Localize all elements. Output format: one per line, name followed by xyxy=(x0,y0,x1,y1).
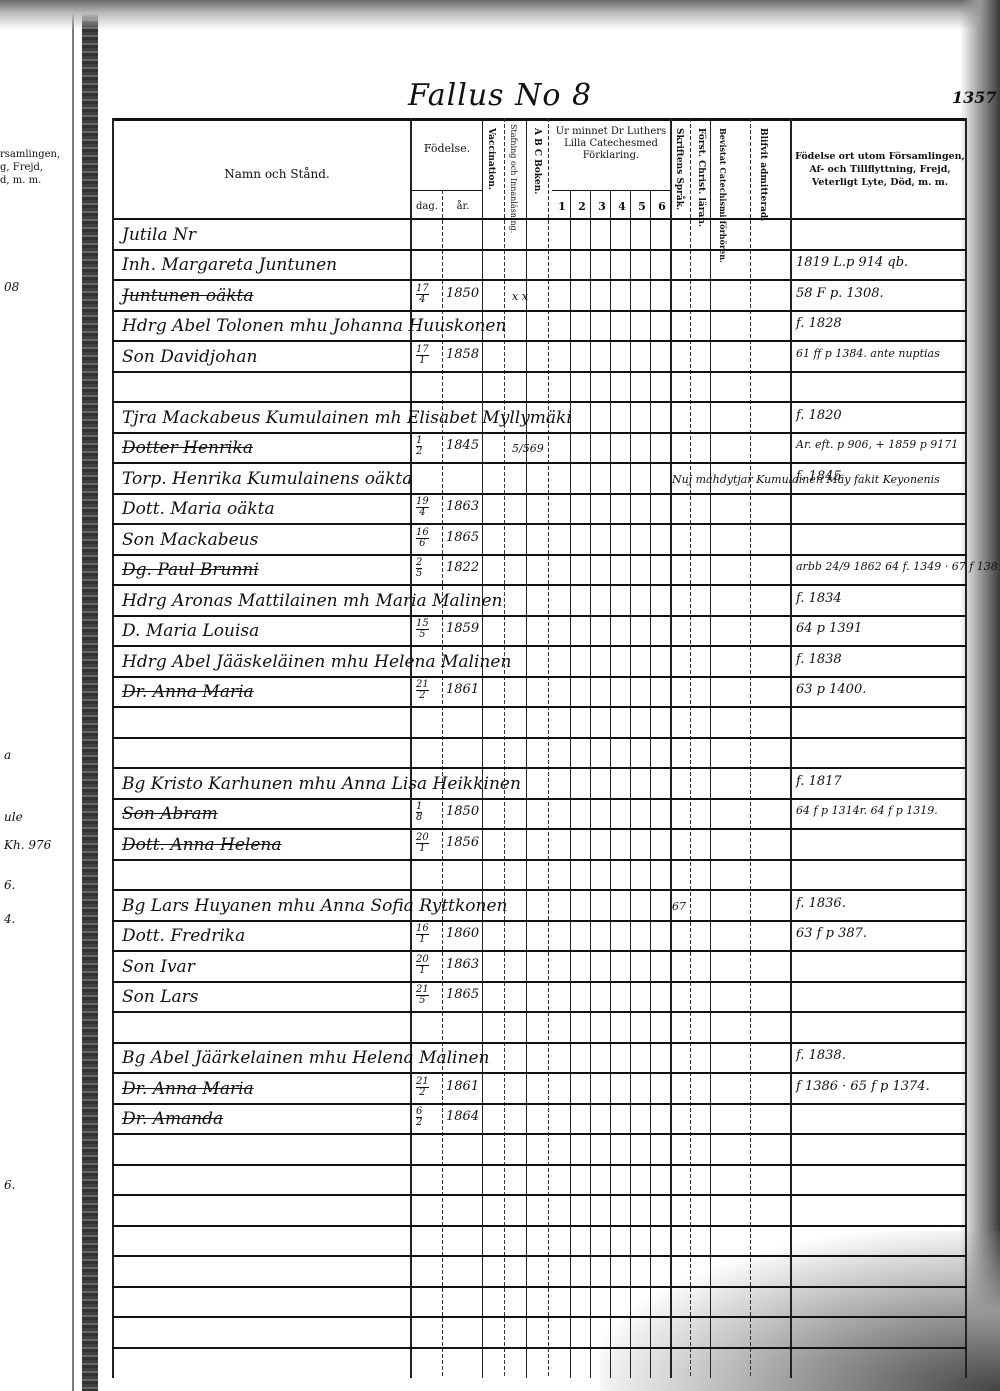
entry-remarks: 58 F p. 1308. xyxy=(796,286,884,301)
entry-marks: x x xyxy=(512,290,528,303)
left-page-header: rsamlingen, g, Frejd, d, m. m. xyxy=(0,148,70,187)
birth-year: 1856 xyxy=(446,835,479,850)
entry-name: Torp. Henrika Kumulainens oäkta xyxy=(122,469,412,489)
birth-month: 4 xyxy=(416,508,429,518)
entry-remarks: 63 p 1400. xyxy=(796,682,866,697)
header-scripture: Skriftens Språk. xyxy=(674,128,684,218)
entry-name: Dott. Anna Helena xyxy=(122,835,282,855)
birth-year: 1864 xyxy=(446,1109,479,1124)
birth-year: 1845 xyxy=(446,438,479,453)
parish-register-table: Namn och Stånd. Födelse. dag. år. Vaccin… xyxy=(112,118,967,1378)
birth-day-fraction: 62 xyxy=(416,1107,422,1128)
row-rule xyxy=(112,432,967,434)
header-birth-year: år. xyxy=(444,200,482,213)
left-page-border xyxy=(72,0,74,1391)
entry-name: Bg Lars Huyanen mhu Anna Sofia Ryttkonen xyxy=(122,896,508,916)
row-rule xyxy=(112,859,967,861)
left-margin-note: 4. xyxy=(4,912,15,926)
entry-name: Bg Abel Jäärkelainen mhu Helena Malinen xyxy=(122,1048,489,1068)
entry-name: Son Davidjohan xyxy=(122,347,257,367)
entry-name: Dr. Anna Maria xyxy=(122,682,254,702)
column-rule xyxy=(504,118,505,1378)
birth-month: 1 xyxy=(416,935,429,945)
column-rule xyxy=(112,118,114,1378)
column-rule xyxy=(630,190,631,1378)
birth-month: 6 xyxy=(416,539,429,549)
entry-remarks: f. 1828 xyxy=(796,316,842,331)
entry-marks: 67 xyxy=(672,900,686,913)
birth-year: 1850 xyxy=(446,804,479,819)
column-rule xyxy=(610,190,611,1378)
birth-year: 1863 xyxy=(446,957,479,972)
row-rule xyxy=(112,249,967,251)
page-number: 1357 xyxy=(952,88,997,107)
row-rule xyxy=(112,1225,967,1227)
entry-name: Hdrg Aronas Mattilainen mh Maria Malinen xyxy=(122,591,502,611)
entry-name: Dott. Fredrika xyxy=(122,926,245,946)
column-rule xyxy=(526,118,527,1378)
row-rule xyxy=(112,1103,967,1105)
entry-name: Hdrg Abel Jääskeläinen mhu Helena Maline… xyxy=(122,652,511,672)
birth-month: 1 xyxy=(416,356,429,366)
entry-remarks: 64 p 1391 xyxy=(796,621,862,636)
entry-name: Tjra Mackabeus Kumulainen mh Elisabet My… xyxy=(122,408,572,428)
catechism-col-4: 4 xyxy=(612,200,632,213)
birth-year: 1822 xyxy=(446,560,479,575)
entry-remarks: 61 ff p 1384. ante nuptias xyxy=(796,347,940,360)
catechism-col-3: 3 xyxy=(592,200,612,213)
birth-year: 1858 xyxy=(446,347,479,362)
birth-month: 5 xyxy=(416,996,429,1006)
entry-name: Son Abram xyxy=(122,804,218,824)
birth-day-fraction: 194 xyxy=(416,497,429,518)
header-birth-day: dag. xyxy=(412,200,442,213)
row-rule xyxy=(112,767,967,769)
birth-day-fraction: 174 xyxy=(416,284,429,305)
birth-year: 1850 xyxy=(446,286,479,301)
birth-day-fraction: 155 xyxy=(416,619,429,640)
row-rule xyxy=(112,1286,967,1288)
column-rule xyxy=(482,118,483,1378)
birth-year: 1865 xyxy=(446,987,479,1002)
entry-remarks: f. 1838 xyxy=(796,652,842,667)
left-margin-note: Kh. 976 xyxy=(4,838,51,852)
header-catechism: Ur minnet Dr Luthers Lilla Catechesmed F… xyxy=(552,126,670,162)
row-rule xyxy=(112,950,967,952)
birth-month: 5 xyxy=(416,630,429,640)
entry-remarks: f. 1834 xyxy=(796,591,842,606)
birth-day-fraction: 166 xyxy=(416,528,429,549)
birth-day-fraction: 212 xyxy=(416,1077,429,1098)
catechism-col-5: 5 xyxy=(632,200,652,213)
birth-year: 1859 xyxy=(446,621,479,636)
left-margin-note: 08 xyxy=(4,280,19,294)
header-catechism-attended: Bevistat Catechismi-förhören. xyxy=(718,128,728,218)
header-name: Namn och Stånd. xyxy=(142,168,412,181)
scan-shadow-top xyxy=(0,0,1000,30)
birth-month: 2 xyxy=(416,691,429,701)
entry-marks: 5/569 xyxy=(512,442,544,455)
entry-remarks: Ar. eft. p 906, + 1859 p 9171 xyxy=(796,438,958,451)
row-rule xyxy=(112,118,967,121)
row-rule xyxy=(112,1164,967,1166)
birth-month: 4 xyxy=(416,295,429,305)
left-margin-note: 6. xyxy=(4,878,15,892)
column-rule xyxy=(410,118,412,1378)
birth-month: 1 xyxy=(416,966,429,976)
header-birth: Födelse. xyxy=(414,142,480,155)
column-rule xyxy=(710,118,711,1378)
birth-day-fraction: 201 xyxy=(416,833,429,854)
row-rule xyxy=(112,1255,967,1257)
left-margin-note: a xyxy=(4,748,11,762)
birth-day-fraction: 25 xyxy=(416,558,422,579)
row-rule xyxy=(112,310,967,312)
entry-remarks: f. 1836. xyxy=(796,896,846,911)
birth-day-fraction: 212 xyxy=(416,680,429,701)
birth-year: 1863 xyxy=(446,499,479,514)
birth-year: 1861 xyxy=(446,1079,479,1094)
row-rule xyxy=(112,645,967,647)
entry-name: Son Lars xyxy=(122,987,199,1007)
birth-year: 1861 xyxy=(446,682,479,697)
entry-remarks: arbb 24/9 1862 64 f. 1349 · 67 f 1381 xyxy=(796,560,1000,573)
entry-name: Son Ivar xyxy=(122,957,195,977)
birth-day-fraction: 161 xyxy=(416,924,429,945)
entry-name: Jutila Nr xyxy=(122,225,196,245)
row-rule xyxy=(112,279,967,281)
row-rule xyxy=(112,889,967,891)
entry-name: Hdrg Abel Tolonen mhu Johanna Huuskonen xyxy=(122,316,506,336)
row-rule xyxy=(112,737,967,739)
row-rule xyxy=(112,798,967,800)
row-rule xyxy=(112,218,967,220)
row-rule xyxy=(112,1133,967,1135)
birth-day-fraction: 171 xyxy=(416,345,429,366)
column-rule xyxy=(650,190,651,1378)
row-rule xyxy=(112,401,967,403)
left-header-line: rsamlingen, xyxy=(0,148,70,161)
birth-month: 2 xyxy=(416,447,422,457)
column-rule xyxy=(790,118,792,1378)
header-reading: Stafning och Innanläsning. xyxy=(508,124,518,220)
left-margin-note: 6. xyxy=(4,1178,15,1192)
column-rule xyxy=(670,118,672,1378)
row-rule xyxy=(112,371,967,373)
column-rule xyxy=(690,118,691,1378)
row-rule xyxy=(112,554,967,556)
birth-month: 2 xyxy=(416,1118,422,1128)
header-abc-book: A B C Boken. xyxy=(532,128,542,218)
column-rule xyxy=(590,190,591,1378)
birth-day-fraction: 18 xyxy=(416,802,422,823)
entry-remarks: f. 1838. xyxy=(796,1048,846,1063)
birth-day-fraction: 12 xyxy=(416,436,422,457)
row-rule xyxy=(112,1316,967,1318)
entry-name: Juntunen oäkta xyxy=(122,286,254,306)
row-rule xyxy=(112,1194,967,1196)
column-rule xyxy=(750,118,751,1378)
birth-month: 5 xyxy=(416,569,422,579)
entry-name: D. Maria Louisa xyxy=(122,621,259,641)
row-rule xyxy=(112,1072,967,1074)
entry-name: Bg Kristo Karhunen mhu Anna Lisa Heikkin… xyxy=(122,774,521,794)
left-header-line: d, m. m. xyxy=(0,174,70,187)
book-gutter xyxy=(82,0,98,1391)
entry-remarks: 64 f p 1314r. 64 f p 1319. xyxy=(796,804,938,817)
birth-month: 1 xyxy=(416,844,429,854)
left-margin-note: ule xyxy=(4,810,23,824)
entry-name: Dr. Amanda xyxy=(122,1109,223,1129)
birth-year: 1865 xyxy=(446,530,479,545)
row-rule xyxy=(112,584,967,586)
column-rule xyxy=(965,118,967,1378)
entry-remarks: 1819 L.p 914 qb. xyxy=(796,255,908,270)
birth-year: 1860 xyxy=(446,926,479,941)
entry-remarks: f. 1817 xyxy=(796,774,842,789)
entry-name: Dg. Paul Brunni xyxy=(122,560,259,580)
entry-name: Dott. Maria oäkta xyxy=(122,499,275,519)
entry-remarks: 63 f p 387. xyxy=(796,926,867,941)
row-rule xyxy=(112,920,967,922)
row-rule xyxy=(410,190,482,191)
row-rule xyxy=(112,340,967,342)
entry-name: Inh. Margareta Juntunen xyxy=(122,255,337,275)
birth-day-fraction: 215 xyxy=(416,985,429,1006)
row-rule xyxy=(112,706,967,708)
row-rule xyxy=(112,1042,967,1044)
entry-name: Dotter Henrika xyxy=(122,438,253,458)
left-header-line: g, Frejd, xyxy=(0,161,70,174)
catechism-col-2: 2 xyxy=(572,200,592,213)
row-rule xyxy=(112,676,967,678)
catechism-col-6: 6 xyxy=(652,200,672,213)
page-title: Fallus No 8 xyxy=(408,78,592,113)
row-rule xyxy=(112,493,967,495)
header-communion: Blifvit admitterad. xyxy=(758,128,768,218)
catechism-col-1: 1 xyxy=(552,200,572,213)
row-rule xyxy=(112,523,967,525)
birth-month: 2 xyxy=(416,1088,429,1098)
column-rule xyxy=(570,190,571,1378)
birth-month: 8 xyxy=(416,813,422,823)
entry-remarks: f. 1845 xyxy=(796,469,842,484)
header-christian-doctrine: Först. Christ. läran. xyxy=(696,128,706,218)
row-rule xyxy=(112,462,967,464)
row-rule xyxy=(112,1011,967,1013)
entry-remarks: f. 1820 xyxy=(796,408,842,423)
entry-name: Son Mackabeus xyxy=(122,530,258,550)
entry-remarks: f 1386 · 65 f p 1374. xyxy=(796,1079,930,1094)
header-vaccination: Vaccination. xyxy=(486,128,496,218)
row-rule xyxy=(112,615,967,617)
row-rule xyxy=(112,828,967,830)
entry-name: Dr. Anna Maria xyxy=(122,1079,254,1099)
row-rule xyxy=(112,981,967,983)
birth-day-fraction: 201 xyxy=(416,955,429,976)
column-rule xyxy=(548,118,549,1378)
header-remarks: Födelse ort utom Församlingen, Af- och T… xyxy=(792,150,968,189)
row-rule xyxy=(112,1347,967,1349)
